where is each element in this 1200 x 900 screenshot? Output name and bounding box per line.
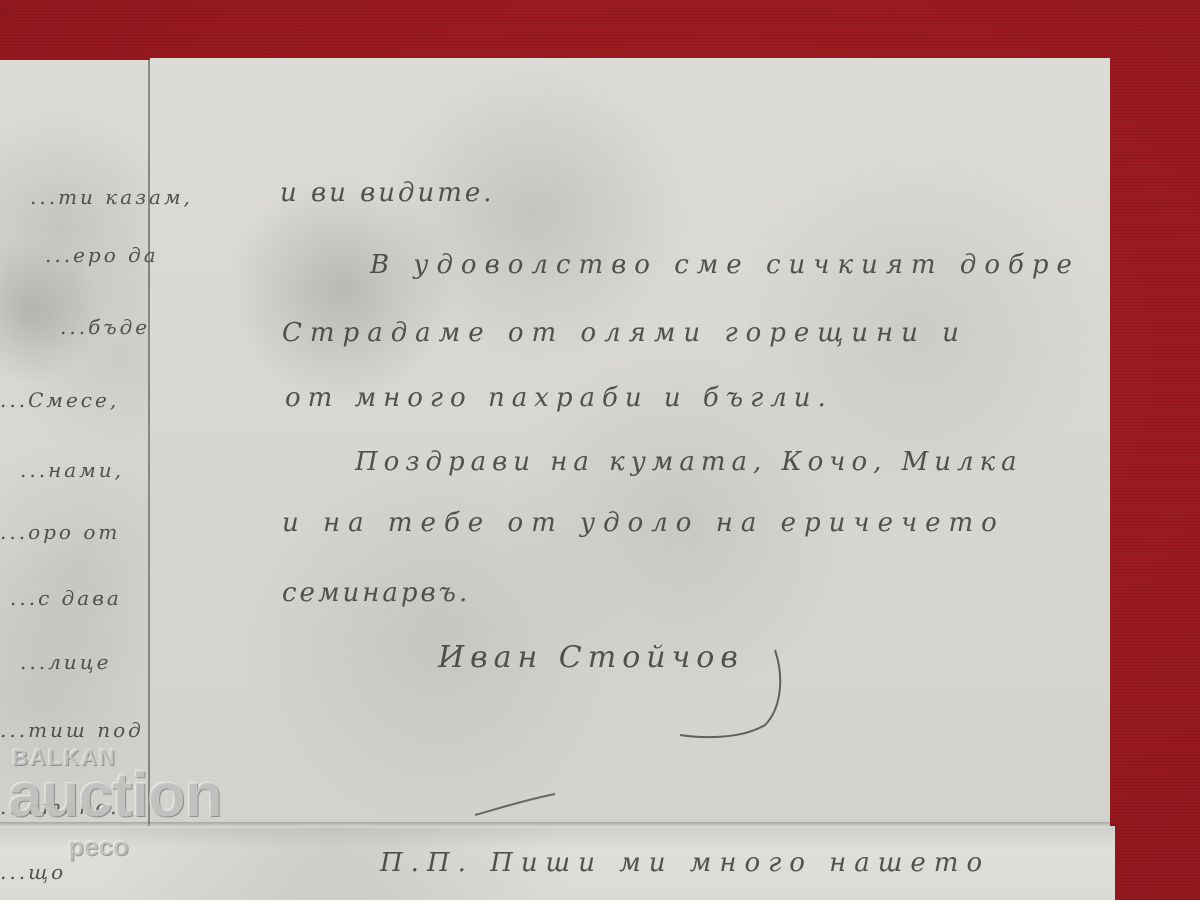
auction-watermark: BALKAN auction peco (8, 745, 221, 862)
left-fragment-line: ...що (0, 860, 66, 884)
left-fragment-line: ...нами, (20, 458, 124, 482)
left-fragment-line: ...Смесе, (0, 388, 119, 412)
letter-line: и ви видите. (280, 178, 495, 208)
letter-line: Поздрави на кумата, Кочо, Милка (355, 447, 1023, 477)
watermark-subtitle: peco (68, 831, 221, 862)
ink-stroke-icon (470, 790, 560, 820)
left-fragment-line: ...ти казам, (30, 185, 193, 209)
left-fragment-line: ...тиш под (0, 718, 144, 742)
letter-line: Страдаме от олями горещини и (282, 318, 967, 348)
left-fragment-line: ...лице (20, 650, 111, 674)
left-fragment-line: ...оро от (0, 520, 120, 544)
letter-line: В удоволство сме сичкият добре (370, 250, 1080, 280)
signature-flourish-icon (590, 640, 790, 750)
letter-line: и на тебе от удоло на еричечето (282, 508, 1005, 538)
fold-crease-vertical (148, 60, 150, 826)
left-fragment-line: ...еро да (45, 243, 159, 267)
letter-line: семинарвъ. (282, 578, 470, 608)
left-fragment-line: ...бъде (60, 315, 150, 339)
watermark-title: auction (8, 767, 221, 825)
letter-line: от много пахраби и бъгли. (285, 383, 833, 413)
postscript-line: П.П. Пиши ми много нашето (380, 848, 990, 878)
left-fragment-line: ...с дава (10, 586, 122, 610)
